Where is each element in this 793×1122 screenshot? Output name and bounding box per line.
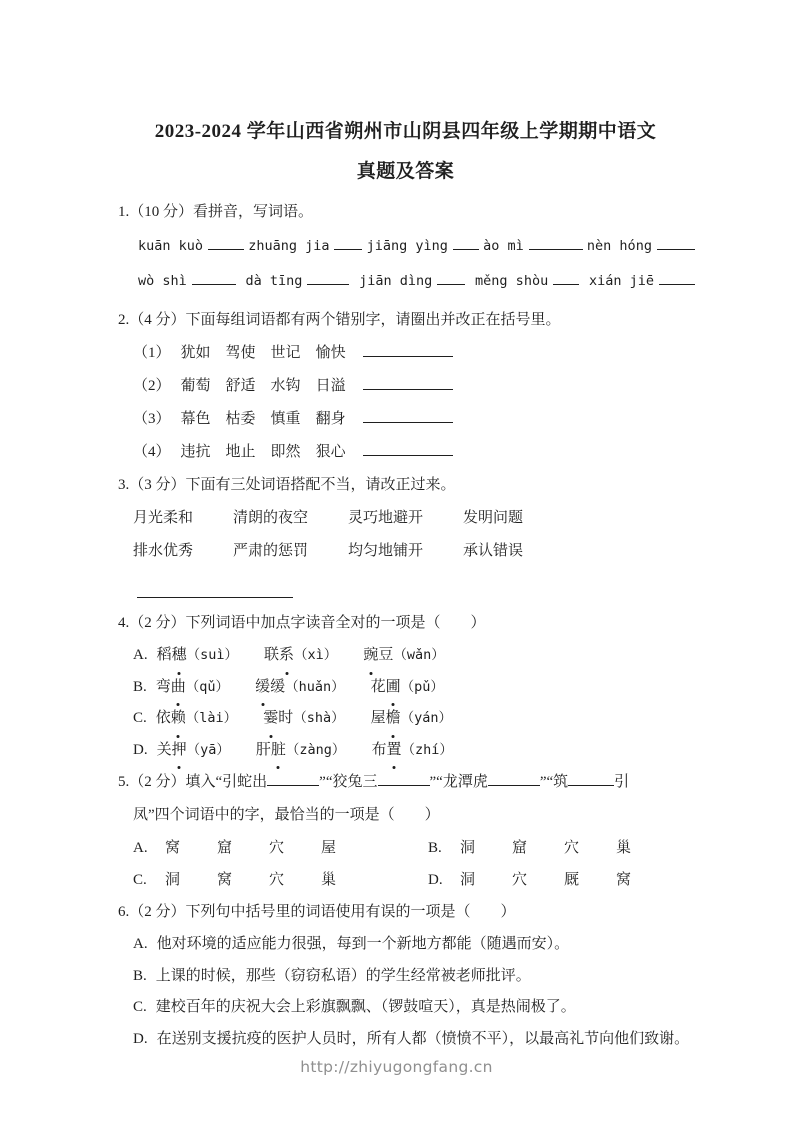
dotted-word: 霎时（shà）	[263, 710, 344, 726]
phrase: 发明问题	[463, 502, 523, 535]
word-group-row: （2）葡萄舒适水钩日溢	[133, 370, 693, 403]
word: 水钩	[271, 378, 301, 394]
option-row: A.他对环境的适应能力很强，每到一个新地方都能（随遇而安）。	[133, 929, 693, 961]
word: 慎重	[271, 411, 301, 427]
question-2: 2.（4 分）下面每组词语都有两个错别字，请圈出并改正在括号里。 （1）犹如驾使…	[118, 304, 693, 469]
phrase: 清朗的夜空	[233, 502, 308, 535]
answer-blank	[659, 272, 695, 285]
option-char: 窝	[217, 864, 269, 896]
option-char: 穴	[269, 864, 321, 896]
option-char: 洞	[460, 832, 512, 864]
char: 缓	[255, 672, 270, 704]
option-char: 屋	[321, 832, 373, 864]
option-letter: C.	[133, 710, 147, 726]
pinyin-item: kuān kuò	[138, 229, 244, 264]
stem-text: ”“龙潭虎	[430, 774, 488, 790]
option-row: C.建校百年的庆祝大会上彩旗飘飘、（锣鼓喧天），真是热闹极了。	[133, 992, 693, 1024]
word: 违抗	[181, 444, 211, 460]
word: 狠心	[316, 444, 346, 460]
option-char: 穴	[512, 864, 564, 896]
option-char: 窟	[512, 832, 564, 864]
option-char: 窟	[217, 832, 269, 864]
answer-blank	[568, 773, 614, 786]
dotted-word: 肝脏（zàng）	[256, 742, 346, 758]
pinyin-item: měng shòu	[475, 264, 579, 299]
phrase: 严肃的惩罚	[233, 535, 308, 568]
char: 弯	[156, 672, 171, 704]
answer-blank	[334, 237, 362, 250]
word: 驾使	[226, 345, 256, 361]
pinyin-item: jiāng yìng	[367, 229, 479, 264]
option-text: 在送别支援抗疫的医护人员时，所有人都（愤愤不平），以最高礼节向他们致谢。	[157, 1031, 690, 1047]
q1-pinyin-rows: kuān kuòzhuāng jiajiāng yìngào mìnèn hón…	[138, 229, 695, 299]
dotted-word: 布置（zhí）	[371, 742, 452, 758]
dotted-word: 依赖（lài）	[156, 710, 237, 726]
q4-options: A.稻穗（suì）联系（xì）豌豆（wǎn）B.弯曲（qǔ）缓缓（huǎn）花圃…	[118, 640, 693, 766]
q3-phrase-rows: 月光柔和清朗的夜空灵巧地避开发明问题排水优秀严肃的惩罚均匀地铺开承认错误	[118, 502, 693, 568]
answer-blank	[657, 237, 695, 250]
word: 葡萄	[181, 378, 211, 394]
item-number: （2）	[133, 378, 171, 394]
question-2-stem: 2.（4 分）下面每组词语都有两个错别字，请圈出并改正在括号里。	[118, 304, 693, 337]
phrase-row: 排水优秀严肃的惩罚均匀地铺开承认错误	[133, 535, 693, 568]
option-letter: B.	[428, 832, 460, 864]
char: 肝	[256, 735, 271, 767]
option-row: D.关押（yā）肝脏（zàng）布置（zhí）	[133, 735, 693, 767]
phrase: 月光柔和	[133, 502, 193, 535]
item-number: （1）	[133, 345, 171, 361]
item-number: （4）	[133, 444, 171, 460]
option-row: A.窝窟穴屋	[133, 832, 428, 864]
char: 豆	[378, 640, 393, 672]
pinyin-reading: （lài）	[186, 710, 237, 726]
char: 时	[278, 703, 293, 735]
word: 舒适	[226, 378, 256, 394]
char: 系	[279, 640, 294, 672]
answer-blank	[363, 344, 453, 357]
q5-options: A.窝窟穴屋B.洞窟穴巢C.洞窝穴巢D.洞穴厩窝	[133, 832, 693, 896]
pinyin-reading: （wǎn）	[393, 647, 444, 663]
option-char: 洞	[460, 864, 512, 896]
dotted-word: 屋檐（yán）	[371, 710, 452, 726]
footer-url: http://zhiyugongfang.cn	[0, 1058, 793, 1076]
pinyin-item: jiān dìng	[359, 264, 465, 299]
word: 地止	[226, 444, 256, 460]
word-group-row: （3）幕色枯委慎重翻身	[133, 403, 693, 436]
answer-blank	[363, 377, 453, 390]
char: 屋	[371, 703, 386, 735]
option-row: D.在送别支援抗疫的医护人员时，所有人都（愤愤不平），以最高礼节向他们致谢。	[133, 1024, 693, 1056]
answer-blank	[553, 272, 579, 285]
option-char: 巢	[321, 864, 373, 896]
item-number: （3）	[133, 411, 171, 427]
pinyin-label: dà tīng	[246, 273, 303, 289]
pinyin-reading: （xì）	[294, 647, 337, 663]
answer-blank	[437, 272, 465, 285]
option-char: 巢	[616, 832, 668, 864]
pinyin-label: jiāng yìng	[367, 238, 448, 254]
option-letter: B.	[133, 679, 147, 695]
q2-items: （1）犹如驾使世记愉快（2）葡萄舒适水钩日溢（3）幕色枯委慎重翻身（4）违抗地止…	[118, 337, 693, 469]
answer-blank	[208, 237, 244, 250]
word-group-row: （1）犹如驾使世记愉快	[133, 337, 693, 370]
char: 缓	[270, 672, 285, 704]
option-char: 穴	[269, 832, 321, 864]
pinyin-reading: （yā）	[187, 742, 230, 758]
option-letter: D.	[133, 742, 148, 758]
pinyin-item: wò shì	[138, 264, 236, 299]
question-1-stem: 1.（10 分）看拼音，写词语。	[118, 196, 693, 229]
option-letter: C.	[133, 999, 147, 1015]
char: 脏	[271, 735, 286, 767]
option-row: C.洞窝穴巢	[133, 864, 428, 896]
answer-blank	[267, 773, 319, 786]
question-5: 5.（2 分）填入“引蛇出”“狡兔三”“龙潭虎”“筑引 凤”四个词语中的字，最恰…	[118, 766, 693, 896]
pinyin-label: jiān dìng	[359, 273, 432, 289]
char: 圃	[386, 672, 401, 704]
pinyin-label: kuān kuò	[138, 238, 203, 254]
word: 即然	[271, 444, 301, 460]
pinyin-item: xián jiē	[589, 264, 695, 299]
char: 稻	[157, 640, 172, 672]
option-char: 窝	[165, 832, 217, 864]
option-letter: B.	[133, 968, 147, 984]
pinyin-reading: （yán）	[401, 710, 452, 726]
word: 犹如	[181, 345, 211, 361]
pinyin-reading: （huǎn）	[285, 679, 345, 695]
char: 联	[264, 640, 279, 672]
exam-page: 2023-2024 学年山西省朔州市山阴县四年级上学期期中语文 真题及答案 1.…	[0, 0, 793, 1122]
pinyin-item: ào mì	[483, 229, 583, 264]
option-letter: D.	[133, 1031, 148, 1047]
dotted-word: 缓缓（huǎn）	[255, 679, 345, 695]
answer-blank	[529, 237, 583, 250]
pinyin-reading: （qǔ）	[186, 679, 229, 695]
question-4-stem: 4.（2 分）下列词语中加点字读音全对的一项是（ ）	[118, 607, 693, 640]
dotted-word: 弯曲（qǔ）	[156, 679, 229, 695]
question-4: 4.（2 分）下列词语中加点字读音全对的一项是（ ） A.稻穗（suì）联系（x…	[118, 607, 693, 766]
answer-blank	[307, 272, 349, 285]
char: 曲	[171, 672, 186, 704]
word: 翻身	[316, 411, 346, 427]
phrase: 承认错误	[463, 535, 523, 568]
char: 布	[371, 735, 386, 767]
option-row: B.洞窟穴巢	[428, 832, 693, 864]
char: 穗	[172, 640, 187, 672]
dotted-word: 豌豆（wǎn）	[363, 647, 444, 663]
pinyin-label: nèn hóng	[587, 238, 652, 254]
dotted-word: 稻穗（suì）	[157, 647, 238, 663]
char: 押	[172, 735, 187, 767]
pinyin-item: nèn hóng	[587, 229, 695, 264]
pinyin-reading: （pǔ）	[401, 679, 444, 695]
question-5-stem-line2: 凤”四个词语中的字，最恰当的一项是（ ）	[133, 799, 693, 832]
word: 幕色	[181, 411, 211, 427]
question-3: 3.（3 分）下面有三处词语搭配不当，请改正过来。 月光柔和清朗的夜空灵巧地避开…	[118, 469, 693, 598]
option-text: 上课的时候，那些（窃窃私语）的学生经常被老师批评。	[156, 968, 531, 984]
answer-blank	[453, 237, 479, 250]
option-row: B.弯曲（qǔ）缓缓（huǎn）花圃（pǔ）	[133, 672, 693, 704]
q6-options: A.他对环境的适应能力很强，每到一个新地方都能（随遇而安）。B.上课的时候，那些…	[118, 929, 693, 1055]
page-title-line1: 2023-2024 学年山西省朔州市山阴县四年级上学期期中语文	[118, 112, 693, 152]
answer-blank	[192, 272, 236, 285]
option-char: 厩	[564, 864, 616, 896]
pinyin-reading: （suì）	[187, 647, 238, 663]
question-6: 6.（2 分）下列句中括号里的词语使用有误的一项是（ ） A.他对环境的适应能力…	[118, 896, 693, 1055]
question-5-stem-line1: 5.（2 分）填入“引蛇出”“狡兔三”“龙潭虎”“筑引	[118, 766, 693, 799]
answer-blank	[363, 410, 453, 423]
answer-blank	[488, 773, 540, 786]
option-letter: C.	[133, 864, 165, 896]
q3-answer-line	[137, 597, 293, 598]
stem-text: 5.（2 分）填入“引蛇出	[118, 774, 267, 790]
question-1: 1.（10 分）看拼音，写词语。 kuān kuòzhuāng jiajiāng…	[118, 196, 693, 299]
word: 枯委	[226, 411, 256, 427]
dotted-word: 关押（yā）	[157, 742, 230, 758]
option-text: 他对环境的适应能力很强，每到一个新地方都能（随遇而安）。	[157, 936, 570, 952]
question-3-stem: 3.（3 分）下面有三处词语搭配不当，请改正过来。	[118, 469, 693, 502]
phrase: 排水优秀	[133, 535, 193, 568]
char: 檐	[386, 703, 401, 735]
dotted-word: 花圃（pǔ）	[371, 679, 444, 695]
phrase-row: 月光柔和清朗的夜空灵巧地避开发明问题	[133, 502, 693, 535]
pinyin-label: zhuāng jia	[248, 238, 329, 254]
option-char: 窝	[616, 864, 668, 896]
char: 豌	[363, 640, 378, 672]
option-letter: D.	[428, 864, 460, 896]
phrase: 灵巧地避开	[348, 502, 423, 535]
char: 置	[386, 735, 401, 767]
option-letter: A.	[133, 832, 165, 864]
phrase: 均匀地铺开	[348, 535, 423, 568]
option-letter: A.	[133, 936, 148, 952]
char: 霎	[263, 703, 278, 735]
pinyin-item: zhuāng jia	[248, 229, 362, 264]
option-text: 建校百年的庆祝大会上彩旗飘飘、（锣鼓喧天），真是热闹极了。	[156, 999, 576, 1015]
answer-blank	[363, 443, 453, 456]
option-letter: A.	[133, 647, 148, 663]
char: 依	[156, 703, 171, 735]
word: 日溢	[316, 378, 346, 394]
word-group-row: （4）违抗地止即然狠心	[133, 436, 693, 469]
question-6-stem: 6.（2 分）下列句中括号里的词语使用有误的一项是（ ）	[118, 896, 693, 929]
pinyin-row: kuān kuòzhuāng jiajiāng yìngào mìnèn hón…	[138, 229, 695, 264]
stem-text: ”“筑	[540, 774, 568, 790]
option-row: D.洞穴厩窝	[428, 864, 693, 896]
option-char: 穴	[564, 832, 616, 864]
word: 愉快	[316, 345, 346, 361]
pinyin-label: xián jiē	[589, 273, 654, 289]
pinyin-reading: （zàng）	[286, 742, 346, 758]
option-char: 洞	[165, 864, 217, 896]
pinyin-label: měng shòu	[475, 273, 548, 289]
char: 花	[371, 672, 386, 704]
stem-text: ”“狡兔三	[319, 774, 377, 790]
pinyin-label: ào mì	[483, 238, 524, 254]
char: 赖	[171, 703, 186, 735]
stem-text: 引	[614, 774, 629, 790]
pinyin-item: dà tīng	[246, 264, 350, 299]
option-row: A.稻穗（suì）联系（xì）豌豆（wǎn）	[133, 640, 693, 672]
page-title-line2: 真题及答案	[118, 152, 693, 192]
pinyin-row: wò shìdà tīngjiān dìngměng shòuxián jiē	[138, 264, 695, 299]
pinyin-label: wò shì	[138, 273, 187, 289]
answer-blank	[378, 773, 430, 786]
pinyin-reading: （shà）	[293, 710, 344, 726]
word: 世记	[271, 345, 301, 361]
option-row: C.依赖（lài）霎时（shà）屋檐（yán）	[133, 703, 693, 735]
option-row: B.上课的时候，那些（窃窃私语）的学生经常被老师批评。	[133, 961, 693, 993]
char: 关	[157, 735, 172, 767]
dotted-word: 联系（xì）	[264, 647, 337, 663]
pinyin-reading: （zhí）	[401, 742, 452, 758]
